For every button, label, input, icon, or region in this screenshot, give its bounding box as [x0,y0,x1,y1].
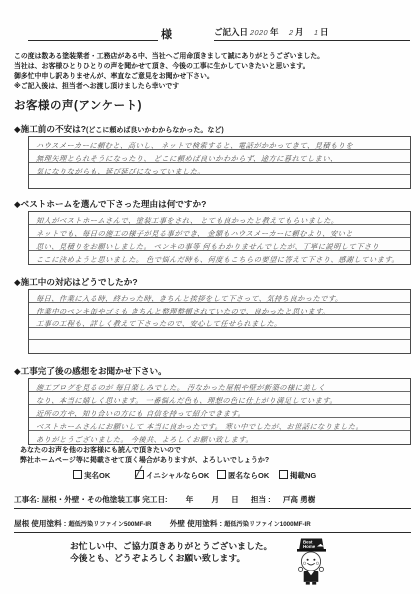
section-heading-note: (どこに頼めば良いかわからなかった。など) [86,127,224,134]
fill-in-date-line: ご記入日2020年2月1日 [214,26,410,41]
handwritten-check-mark [135,466,143,480]
closing-message: お忙しい中、ご協力頂きありがとうございました。 今後とも、どうぞよろしくお願い致… [70,540,272,564]
checkbox-label: 掲載NG [290,471,316,480]
date-month-handwritten: 2 [288,28,293,37]
answer-box-pre-construction-concerns: ハウスメーカーに頼むと、高いし、 ネットで検索すると、電話がかかってきて、見積も… [28,136,411,189]
answer-row: なり、本当に嬉しく思います。 一番悩んだ色も、理想の色に仕上がり満足しています。 [36,395,338,405]
answer-row: 気になりながらも、延び延びになっていました。 [36,166,206,176]
checkbox-icon [135,470,144,479]
checkbox-icon [217,470,226,479]
checkbox-option-anonymous-ok: 匿名ならOK [217,470,269,481]
roof-paint-label: 屋根 使用塗料 : [14,519,66,528]
publish-question-line-1: あなたのお声を他のお客様にも読んで頂きたいので [20,446,269,456]
answer-box-after-completion: 施工ブログを見るのが 毎日楽しみでした。 汚なかった屋根や壁が新築の様に美しく … [28,378,411,445]
answer-row: 施工ブログを見るのが 毎日楽しみでした。 汚なかった屋根や壁が新築の様に美しく [36,382,326,392]
staff-label: 担当 : [251,495,271,504]
answer-row: 無理矢理とられそうになったり、 どこに頼めば良いかわからず、途方に暮れてしまい、 [36,153,339,163]
intro-line-4: ※ご記入後は、担当者へお渡し頂けましたら幸いです [14,82,324,92]
answer-box-reason-for-choosing: 知人がベストホームさんで、塗装工事をされ、 とても良かったと教えてもらいました。… [28,211,411,265]
publish-question-line-2: 弊社ホームページ等に掲載させて頂く場合がありますが、よろしいでしょうか? [20,456,269,466]
date-day-unit: 日 [320,27,329,37]
intro-line-2: 当社は、お客様ひとりひとりの声を聞かせて頂き、今後の工事に生かしていきたいと思い… [14,62,324,72]
survey-document-page: 様 ご記入日2020年2月1日 この度は数ある塗装業者・工務店がある中、当社へご… [0,0,420,594]
work-name-value: 屋根・外壁・その他塗装工事 [41,495,140,504]
closing-line-2: 今後とも、どうぞよろしくお願い致します。 [70,552,272,564]
section-heading-pre-construction-concerns: ◆施工前の不安は?(どこに頼めば良いかわからなかった。など) [14,123,224,135]
date-prefix-label: ご記入日 [214,27,248,37]
name-suffix-sama: 様 [161,26,172,42]
answer-row: 近所の方や、知り合いの方にも 自信を持って紹介できます。 [36,408,246,418]
answer-row: 知人がベストホームさんで、塗装工事をされ、 とても良かったと教えてもらいました。 [36,215,339,225]
checkbox-label: イニシャルならOK [146,471,209,480]
checkbox-option-initials-ok: イニシャルならOK [135,470,209,481]
paint-info-line: 屋根 使用塗料 : 超低汚染リファイン500MF-IR 外壁 使用塗料 : 超低… [14,518,411,533]
closing-line-1: お忙しい中、ご協力頂きありがとうございました。 [70,540,272,552]
section-heading-during-construction: ◆施工中の対応はどうでしたか? [14,276,138,288]
publish-consent-question: あなたのお声を他のお客様にも読んで頂きたいので 弊社ホームページ等に掲載させて頂… [20,446,269,465]
best-home-mascot-icon: Best Home [291,536,329,588]
date-year-handwritten: 2020 [250,28,269,37]
date-day-handwritten: 1 [313,28,318,37]
staff-name: 戸高 勇樹 [283,495,315,504]
completion-month-unit: 月 [211,495,219,504]
completion-day-unit: 日 [231,495,239,504]
checkbox-label: 匿名ならOK [228,471,269,480]
completion-date-label: 完工日: [142,495,167,504]
customer-name-blank-underline [28,40,158,41]
answer-row: 作業中のペンキ缶やゴミも きちんと整理整頓されていたので、良かったと思います。 [36,306,331,316]
date-month-unit: 月 [295,27,304,37]
intro-paragraph: この度は数ある塗装業者・工務店がある中、当社へご用命頂きまして誠にありがとうござ… [14,52,324,92]
intro-line-1: この度は数ある塗装業者・工務店がある中、当社へご用命頂きまして誠にありがとうござ… [14,52,324,62]
answer-row: ありがとうございました。 今後共、よろしくお願い致します。 [36,434,254,444]
answer-row: 工事の工程も、詳しく教えて下さったので、安心して任せられました。 [36,318,283,328]
answer-row: ここに決めようと思いました。 色で悩んだ時も、何度もこちらの要望に答えて下さり、… [36,254,400,264]
checkbox-option-real-name-ok: 実名OK [73,470,110,481]
answer-row: 思い、見積りをお願いしました。 ペンキの事等 何もわかりませんでしたが、丁寧に説… [36,241,380,251]
wall-paint-label: 外壁 使用塗料 : [170,519,222,528]
roof-paint-value: 超低汚染リファイン500MF-IR [68,521,151,528]
checkbox-label: 実名OK [84,471,110,480]
answer-row: ハウスメーカーに頼むと、高いし、 ネットで検索すると、電話がかかってきて、見積も… [36,140,354,150]
answer-row: ベストホームさんにお願いして 本当に良かったです。 寒い中でしたが、お世話になり… [36,421,364,431]
answer-row: ネットでも、毎日の施工の様子が見る事ができ、 金額もハウスメーカーに頼むより、安… [36,228,354,238]
checkbox-icon [279,470,288,479]
answer-box-during-construction: 毎日、作業に入る時、終わった時、きちんと挨拶をして下さって、気持ち良かったです。… [28,289,411,354]
page-title: お客様の声(アンケート) [14,97,142,113]
section-heading-after-completion: ◆工事完了後の感想をお聞かせ下さい。 [14,365,167,377]
checkbox-icon [73,470,82,479]
date-year-unit: 年 [270,27,279,37]
work-info-line: 工事名: 屋根・外壁・その他塗装工事 完工日: 年 月 日 担当 : 戸高 勇樹 [14,494,411,509]
svg-text:Home: Home [303,544,316,549]
intro-line-3: 御多忙中申し訳ありませんが、率直なご意見をお聞かせ下さい。 [14,72,324,82]
checkbox-option-publish-ng: 掲載NG [279,470,316,481]
wall-paint-value: 超低汚染リファイン1000MF-IR [224,521,311,528]
answer-row: 毎日、作業に入る時、終わった時、きちんと挨拶をして下さって、気持ち良かったです。 [36,293,344,303]
work-name-label: 工事名: [14,495,39,504]
section-heading-reason-for-choosing: ◆ベストホームを選んで下さった理由は何ですか? [14,198,206,210]
completion-year-unit: 年 [186,495,194,504]
